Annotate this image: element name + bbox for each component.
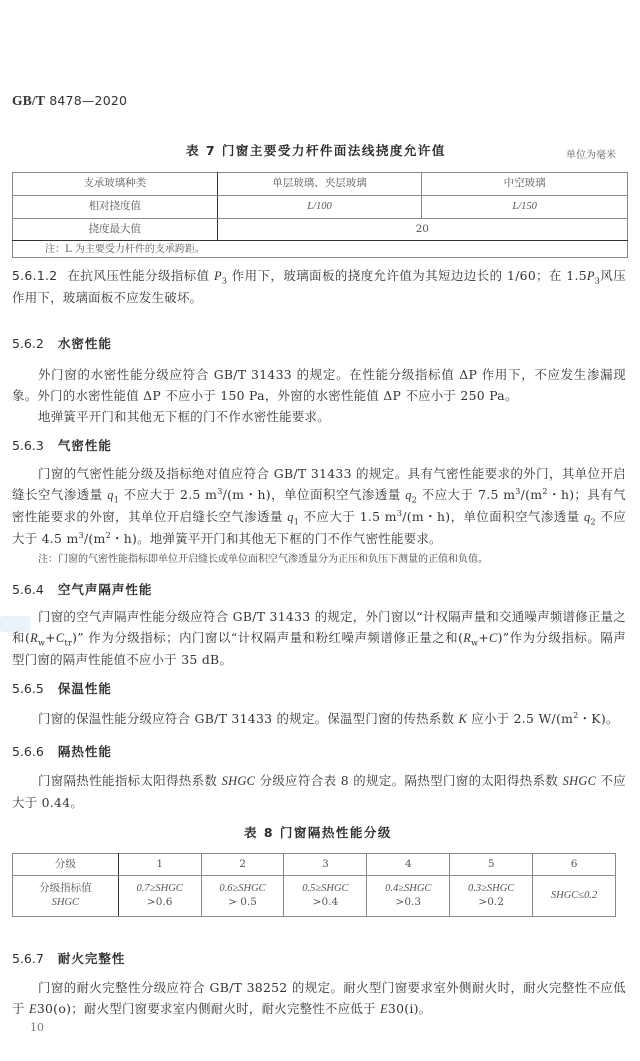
section-heading-5-6-7: 5.6.7耐火完整性: [12, 949, 125, 967]
value-line: >0.3: [367, 896, 449, 910]
table8-value: 0.3≥SHGC>0.2: [450, 876, 533, 917]
paragraph: 门窗的保温性能分级应符合 GB/T 31433 的规定。保温型门窗的传热系数 K…: [12, 708, 626, 730]
section-number: 5.6.5: [12, 681, 44, 696]
subscript: tr: [64, 638, 72, 647]
clause-text: 作用下，玻璃面板的挠度允许值为其短边边长的 1/60；在 1.5: [227, 268, 587, 283]
text: /(m: [521, 487, 543, 502]
var-shgc: SHGC: [563, 774, 597, 788]
table8-grade: 6: [533, 854, 616, 876]
paragraph: 地弹簧平开门和其他无下框的门不作水密性能要求。: [12, 406, 626, 427]
section-title: 气密性能: [58, 438, 112, 453]
paragraph: 外门窗的水密性能分级应符合 GB/T 31433 的规定。在性能分级指标值 ΔP…: [12, 364, 626, 406]
section-heading-5-6-4: 5.6.4空气声隔声性能: [12, 580, 152, 598]
section-title: 水密性能: [58, 336, 112, 351]
text: 不应大于 1.5 m: [299, 509, 397, 524]
text: /(m・h)，单位面积空气渗透量: [223, 487, 406, 502]
value-line: SHGC≤0.2: [533, 889, 615, 903]
standard-prefix: GB/T: [12, 93, 45, 108]
table7-row-label: 挠度最大值: [13, 219, 218, 241]
table7-header-cell: 支承玻璃种类: [13, 173, 218, 196]
text: /(m: [84, 531, 106, 546]
table8: 分级 1 2 3 4 5 6 分级指标值 SHGC 0.7≥SHGC>0.6 0…: [12, 853, 616, 917]
table7-cell: L/100: [217, 196, 422, 219]
table7-cell: L/150: [422, 196, 628, 219]
section-heading-5-6-2: 5.6.2水密性能: [12, 334, 112, 352]
table7-header-cell: 单层玻璃、夹层玻璃: [217, 173, 422, 196]
section-title: 空气声隔声性能: [58, 582, 153, 597]
label-line: SHGC: [13, 896, 118, 910]
table8-value: 0.6≥SHGC> 0.5: [201, 876, 284, 917]
table7-row-label: 相对挠度值: [13, 196, 218, 219]
value-line: 0.6≥SHGC: [202, 882, 284, 896]
value-line: >0.2: [450, 896, 532, 910]
text: 分级应符合表 8 的规定。隔热型门窗的太阳得热系数: [255, 773, 562, 788]
standard-id: 8478—2020: [49, 93, 127, 108]
page-number: 10: [30, 1021, 44, 1034]
table8-grade: 1: [118, 854, 201, 876]
text: 门窗的保温性能分级应符合 GB/T 31433 的规定。保温型门窗的传热系数: [38, 711, 458, 726]
text: )” 作为分级指标；内门窗以“计权隔声量和粉红噪声频谱修正量之和(: [72, 630, 463, 645]
section-number: 5.6.3: [12, 438, 44, 453]
table8-title: 表 8 门窗隔热性能分级: [244, 823, 392, 841]
table7-note-row: 注：L 为主要受力杆件的支承跨距。: [13, 241, 628, 258]
table7-header-cell: 中空玻璃: [422, 173, 628, 196]
value-line: 0.4≥SHGC: [367, 882, 449, 896]
section-number: 5.6.6: [12, 744, 44, 759]
text: 30(i)。: [388, 1001, 432, 1016]
table7: 支承玻璃种类 单层玻璃、夹层玻璃 中空玻璃 相对挠度值 L/100 L/150 …: [12, 172, 628, 258]
paragraph: 门窗的耐火完整性分级应符合 GB/T 38252 的规定。耐火型门窗要求室外侧耐…: [12, 977, 626, 1020]
table-row: 相对挠度值 L/100 L/150: [13, 196, 628, 219]
paragraph: 门窗隔热性能指标太阳得热系数 SHGC 分级应符合表 8 的规定。隔热型门窗的太…: [12, 770, 626, 813]
var-e: E: [29, 1002, 37, 1016]
var-shgc: SHGC: [222, 774, 256, 788]
label-line: 分级指标值: [13, 882, 118, 896]
value-line: 0.5≥SHGC: [284, 882, 366, 896]
text: +: [45, 630, 56, 645]
text: ・h)。地弹簧平开门和其他无下框的门不作气密性能要求。: [111, 531, 442, 546]
table8-header-label: 分级: [13, 854, 119, 876]
text: ・K)。: [579, 711, 619, 726]
section-title: 隔热性能: [58, 744, 112, 759]
clause-number: 5.6.1.2: [12, 268, 57, 283]
table7-header-row: 支承玻璃种类 单层玻璃、夹层玻璃 中空玻璃: [13, 173, 628, 196]
table8-grade: 4: [367, 854, 450, 876]
table8-value-label: 分级指标值 SHGC: [13, 876, 119, 917]
var-c: C: [489, 631, 498, 645]
section-number: 5.6.2: [12, 336, 44, 351]
var-k: K: [458, 712, 467, 726]
table-row: 挠度最大值 20: [13, 219, 628, 241]
value-line: 0.3≥SHGC: [450, 882, 532, 896]
table8-header-row: 分级 1 2 3 4 5 6: [13, 854, 616, 876]
section-heading-5-6-5: 5.6.5保温性能: [12, 679, 112, 697]
clause-text: 在抗风压性能分级指标值: [67, 268, 214, 283]
text: +: [478, 630, 489, 645]
section-number: 5.6.7: [12, 951, 44, 966]
paragraph: 门窗的气密性能分级及指标绝对值应符合 GB/T 31433 的规定。具有气密性能…: [12, 463, 626, 549]
table7-unit: 单位为毫米: [566, 146, 616, 161]
text: 门窗隔热性能指标太阳得热系数: [38, 773, 222, 788]
table-row: 分级指标值 SHGC 0.7≥SHGC>0.6 0.6≥SHGC> 0.5 0.…: [13, 876, 616, 917]
value-line: >0.6: [119, 896, 201, 910]
clause-5-6-1-2: 5.6.1.2在抗风压性能分级指标值 P3 作用下，玻璃面板的挠度允许值为其短边…: [12, 265, 626, 308]
section-heading-5-6-3: 5.6.3气密性能: [12, 436, 112, 454]
section-title: 保温性能: [58, 681, 112, 696]
section-heading-5-6-6: 5.6.6隔热性能: [12, 742, 112, 760]
paragraph: 门窗的空气声隔声性能分级应符合 GB/T 31433 的规定，外门窗以“计权隔声…: [12, 606, 626, 670]
var-r: R: [30, 631, 38, 645]
table7-title: 表 7 门窗主要受力杆件面法线挠度允许值: [186, 141, 446, 159]
table8-grade: 2: [201, 854, 284, 876]
table8-value: SHGC≤0.2: [533, 876, 616, 917]
value-line: > 0.5: [202, 896, 284, 910]
table8-value: 0.4≥SHGC>0.3: [367, 876, 450, 917]
table7-note: 注：L 为主要受力杆件的支承跨距。: [13, 241, 628, 258]
table8-value: 0.5≥SHGC>0.4: [284, 876, 367, 917]
table8-grade: 5: [450, 854, 533, 876]
table8-value: 0.7≥SHGC>0.6: [118, 876, 201, 917]
table8-grade: 3: [284, 854, 367, 876]
airtightness-note: 注：门窗的气密性能指标即单位开启缝长或单位面积空气渗透量分为正压和负压下测量的正…: [38, 550, 488, 565]
text: 不应大于 2.5 m: [119, 487, 217, 502]
standard-number: GB/T 8478—2020: [12, 93, 127, 109]
value-line: >0.4: [284, 896, 366, 910]
text: 30(o)；耐火型门窗要求室内侧耐火时，耐火完整性不应低于: [37, 1001, 380, 1016]
var-r: R: [463, 631, 471, 645]
text: 应小于 2.5 W/(m: [467, 711, 573, 726]
var-p: P: [587, 269, 595, 283]
text: /(m・h)，单位面积空气渗透量: [402, 509, 584, 524]
section-title: 耐火完整性: [58, 951, 126, 966]
var-e: E: [380, 1002, 388, 1016]
value-line: 0.7≥SHGC: [119, 882, 201, 896]
section-number: 5.6.4: [12, 582, 44, 597]
var-p: P: [214, 269, 222, 283]
text: 不应大于 7.5 m: [417, 487, 515, 502]
table7-cell-merged: 20: [217, 219, 627, 241]
